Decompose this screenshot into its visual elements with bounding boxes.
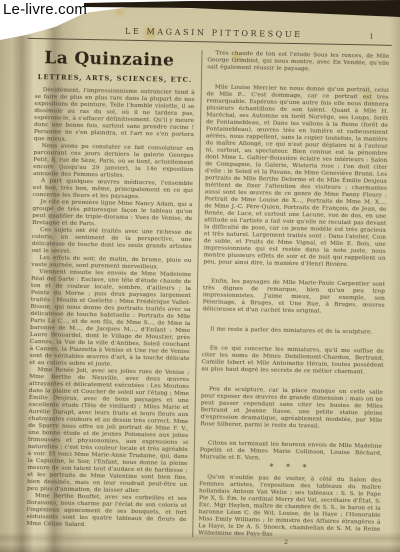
paragraph: Enfin, les paysages de Mlle Marie-Paule … — [202, 278, 385, 316]
paragraph: En ce qui concerne les miniatures, qu'il… — [201, 345, 384, 376]
two-column-text-area: La Quinzaine LETTRES, ARTS, SCIENCES, ET… — [34, 47, 394, 54]
site-watermark: Le-livre.com — [3, 1, 87, 18]
page-number-bottom: 2 — [284, 539, 288, 546]
right-column-paragraphs-bottom: Qu'on n'oublie pas de visiter, à côté du… — [198, 474, 381, 540]
paragraph: Mme Berthe Bouffet, avec ses corbeilles … — [26, 493, 187, 528]
paragraph: Je cite en première ligne Mme Nancy Adam… — [32, 199, 193, 230]
paragraph: Ces sujets ont été traités avec une rich… — [32, 227, 193, 258]
paragraph: Nous avons pu constater ce fait consolat… — [33, 143, 194, 181]
paragraph: Très chaude de ton est l'étude Sous les … — [207, 50, 389, 74]
paragraph: Mlle Louise Mercier ne nous donne qu'un … — [203, 84, 388, 269]
paragraph: À part quelques œuvres médiocres, l'ense… — [33, 178, 193, 202]
printed-page-content: LE MAGASIN PITTORESQUE 1 La Quinzaine LE… — [24, 24, 394, 552]
left-column-paragraphs: Décidément, l'impressionnisme outrancier… — [26, 87, 194, 528]
right-column: Très chaude de ton est l'étude Sous les … — [198, 50, 389, 540]
paragraph: Il me reste à parler des miniatures et d… — [202, 326, 384, 336]
right-column-paragraphs-top: Très chaude de ton est l'étude Sous les … — [200, 50, 390, 464]
page-number-top: 1 — [369, 32, 374, 40]
paragraph: Décidément, l'impressionnisme outrancier… — [34, 87, 195, 146]
left-column: La Quinzaine LETTRES, ARTS, SCIENCES, ET… — [26, 47, 195, 528]
scanned-book-page-photo: Le-livre.com LE MAGASIN PITTORESQUE 1 La… — [0, 0, 400, 552]
article-title: La Quinzaine — [35, 48, 183, 71]
paragraph: Peu de sculpture, car la place manque en… — [200, 386, 383, 431]
paragraph: Qu'on n'oublie pas de visiter, à côté du… — [198, 474, 381, 540]
paragraph: Mme Renée Joli, avec ses jolies rues de … — [27, 367, 189, 496]
article-subtitle: LETTRES, ARTS, SCIENCES, ETC. — [35, 73, 195, 84]
paragraph: Viennent ensuite les envois de Mme Madel… — [29, 269, 191, 370]
